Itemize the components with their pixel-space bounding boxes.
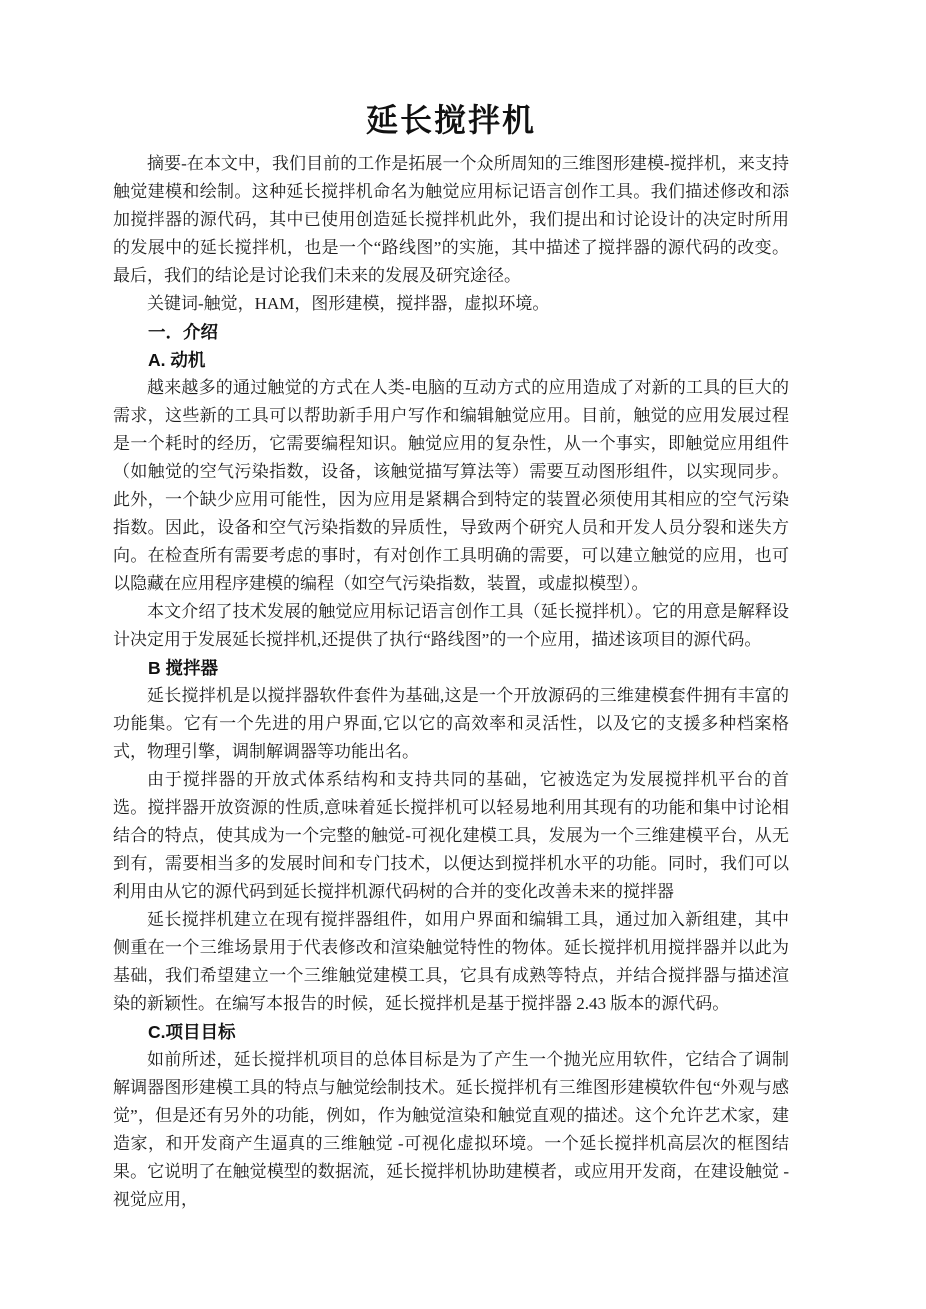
abstract-paragraph: 摘要-在本文中，我们目前的工作是拓展一个众所周知的三维图形建模-搅拌机，来支持触… — [113, 150, 789, 290]
blender-components-paragraph: 延长搅拌机建立在现有搅拌器组件，如用户界面和编辑工具，通过加入新组建，其中侧重在… — [113, 906, 789, 1018]
document-content: 延长搅拌机 摘要-在本文中，我们目前的工作是拓展一个众所周知的三维图形建模-搅拌… — [113, 98, 789, 1214]
blender-selection-paragraph: 由于搅拌器的开放式体系结构和支持共同的基础，它被选定为发展搅拌机平台的首选。搅拌… — [113, 766, 789, 906]
subsection-heading-motivation: A. 动机 — [113, 346, 789, 374]
project-goals-paragraph: 如前所述，延长搅拌机项目的总体目标是为了产生一个抛光应用软件，它结合了调制解调器… — [113, 1046, 789, 1214]
paper-intro-paragraph: 本文介绍了技术发展的触觉应用标记语言创作工具（延长搅拌机）。它的用意是解释设计决… — [113, 598, 789, 654]
document-title: 延长搅拌机 — [113, 98, 789, 142]
motivation-paragraph: 越来越多的通过触觉的方式在人类-电脑的互动方式的应用造成了对新的工具的巨大的需求… — [113, 374, 789, 598]
subsection-heading-blender: B 搅拌器 — [113, 654, 789, 682]
subsection-heading-project-goals: C.项目目标 — [113, 1018, 789, 1046]
blender-overview-paragraph: 延长搅拌机是以搅拌器软件套件为基础,这是一个开放源码的三维建模套件拥有丰富的功能… — [113, 682, 789, 766]
keywords-paragraph: 关键词-触觉，HAM，图形建模，搅拌器，虚拟环境。 — [113, 290, 789, 318]
document-title-text: 延长搅拌机 — [366, 102, 536, 138]
document-page: 延长搅拌机 摘要-在本文中，我们目前的工作是拓展一个众所周知的三维图形建模-搅拌… — [0, 0, 926, 1309]
section-heading-introduction: 一．介绍 — [113, 318, 789, 346]
